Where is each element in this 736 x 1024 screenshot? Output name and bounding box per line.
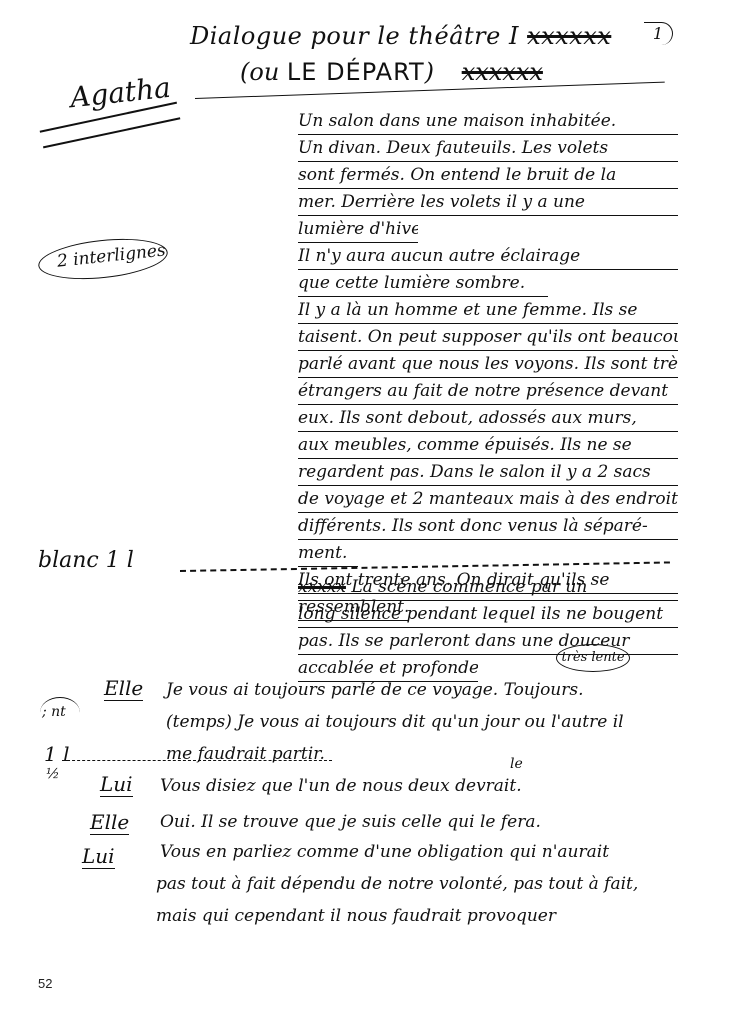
- struck-text: xxxxx: [298, 577, 346, 597]
- blank-line-note: blanc 1 l: [38, 548, 134, 573]
- margin-nt: ; nt: [42, 704, 66, 720]
- title-text: Dialogue pour le théâtre I: [190, 22, 519, 50]
- struck-text: xxxxxx: [527, 22, 611, 50]
- line-text: Vous disiez que l'un de nous deux devrai…: [160, 776, 522, 796]
- dialogue-line: Vous en parliez comme d'une obligation q…: [160, 842, 609, 862]
- text-line: mer. Derrière les volets il y a une: [298, 189, 678, 216]
- text-line: xxxxx La scène commence par un: [298, 574, 678, 601]
- speaker-lui: Lui: [82, 844, 115, 869]
- speaker-lui: Lui: [100, 772, 133, 797]
- dialogue-line: Oui. Il se trouve que je suis celle qui …: [160, 812, 541, 832]
- speaker-elle: Elle: [104, 676, 143, 701]
- text-line: ment.: [298, 540, 358, 567]
- text-line: que cette lumière sombre.: [298, 270, 548, 297]
- text-line: sont fermés. On entend le bruit de la: [298, 162, 678, 189]
- text-line: parlé avant que nous les voyons. Ils son…: [298, 351, 678, 378]
- text-line: différents. Ils sont donc venus là sépar…: [298, 513, 678, 540]
- line-text: La scène commence par un: [351, 577, 587, 597]
- margin-note-oval: 2 interlignes: [36, 233, 169, 284]
- manuscript-title-line2: (ou LE DÉPART) xxxxxx: [240, 58, 543, 86]
- title-paren-close: ): [425, 58, 434, 86]
- title-paren-open: (ou: [240, 58, 287, 86]
- text-line: Il y a là un homme et une femme. Ils se: [298, 297, 678, 324]
- text-line: lumière d'hiver.: [298, 216, 418, 243]
- text-line: long silence pendant lequel ils ne bouge…: [298, 601, 678, 628]
- dialogue-line: (temps) Je vous ai toujours dit qu'un jo…: [166, 712, 624, 732]
- dialogue-line: pas tout à fait dépendu de notre volonté…: [156, 874, 638, 894]
- dialogue-line: Je vous ai toujours parlé de ce voyage. …: [166, 680, 584, 700]
- struck-text: xxxxxx: [462, 58, 543, 86]
- text-line: Il n'y aura aucun autre éclairage: [298, 243, 678, 270]
- margin-note-text: 2 interlignes: [56, 240, 167, 271]
- title-caps: LE DÉPART: [287, 58, 425, 86]
- stage-direction-1: Un salon dans une maison inhabitée. Un d…: [298, 108, 678, 621]
- dialogue-line: mais qui cependant il nous faudrait prov…: [156, 906, 556, 926]
- text-line: accablée et profonde.: [298, 655, 478, 682]
- dialogue-line: Vous disiez que l'un de nous deux devrai…: [160, 776, 522, 796]
- dialogue-line: me faudrait partir.: [166, 744, 325, 764]
- text-line: Un salon dans une maison inhabitée.: [298, 108, 678, 135]
- text-line: taisent. On peut supposer qu'ils ont bea…: [298, 324, 678, 351]
- text-line: étrangers au fait de notre présence deva…: [298, 378, 678, 405]
- speaker-elle: Elle: [90, 810, 129, 835]
- text-line: de voyage et 2 manteaux mais à des endro…: [298, 486, 678, 513]
- text-line: regardent pas. Dans le salon il y a 2 sa…: [298, 459, 678, 486]
- insertion-mark: le: [510, 756, 523, 772]
- text-line: aux meubles, comme épuisés. Ils ne se: [298, 432, 678, 459]
- margin-spacing: 1 l: [44, 742, 69, 766]
- text-line: eux. Ils sont debout, adossés aux murs,: [298, 405, 678, 432]
- page-number: 52: [38, 976, 52, 991]
- manuscript-title-line1: Dialogue pour le théâtre I xxxxxx: [190, 22, 611, 50]
- circled-note: très lente: [556, 644, 630, 672]
- margin-half: ½: [46, 766, 60, 782]
- text-line: Un divan. Deux fauteuils. Les volets: [298, 135, 678, 162]
- folio-number: 1: [644, 22, 673, 45]
